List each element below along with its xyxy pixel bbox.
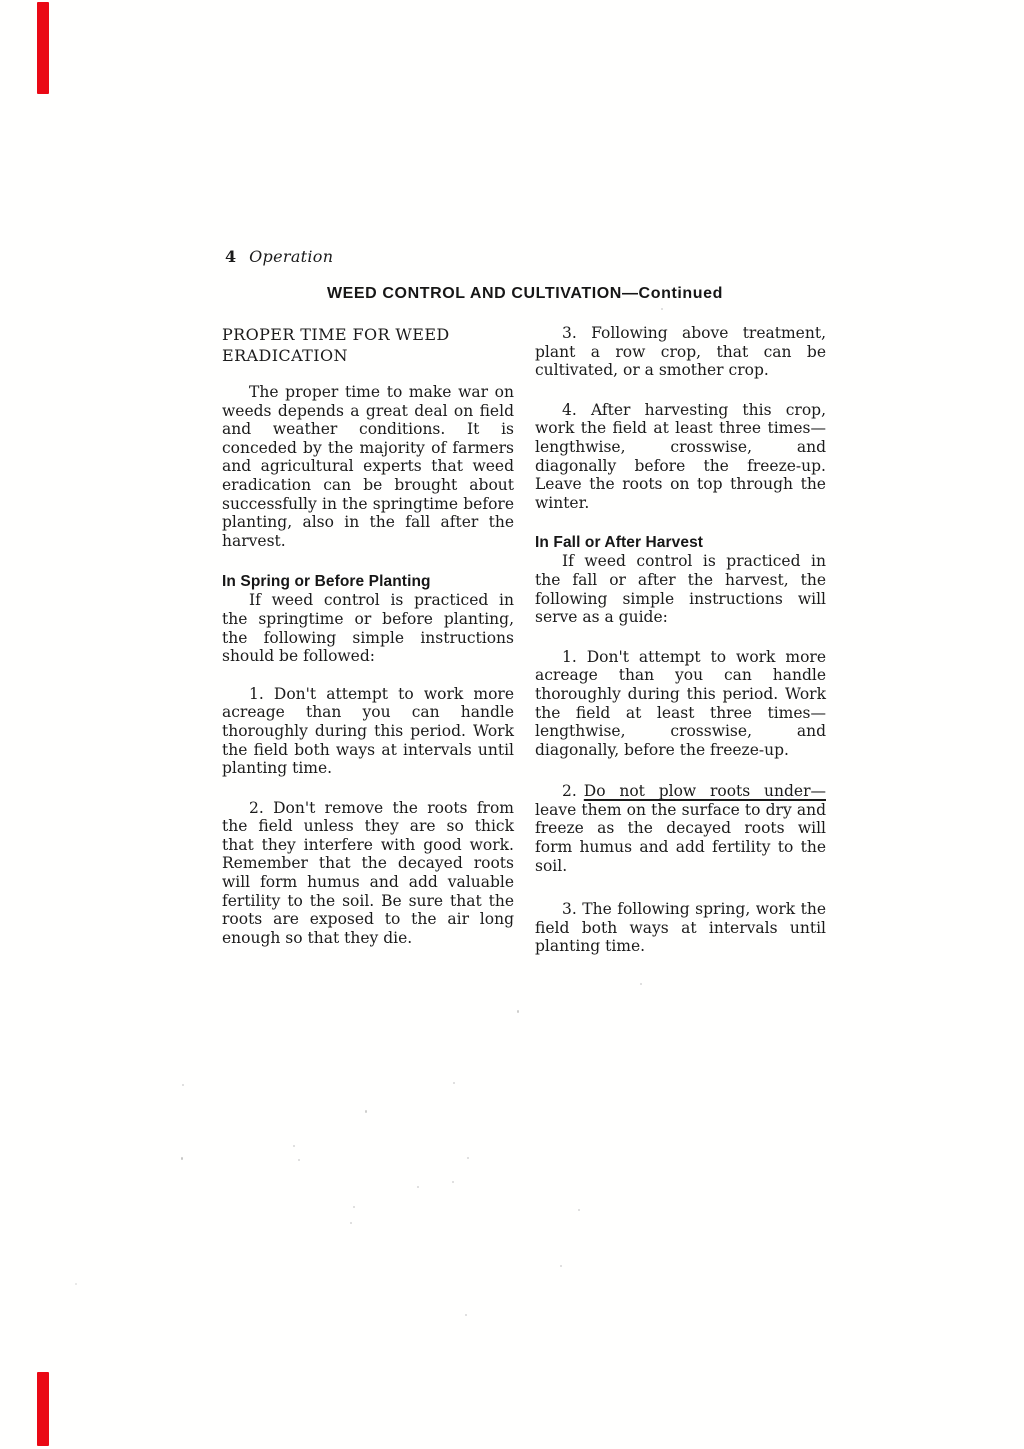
subheading-in-fall: In Fall or After Harvest xyxy=(535,533,826,552)
scanned-manual-page: 4Operation WEED CONTROL AND CULTIVATION—… xyxy=(0,0,1024,1449)
list-item-3: 3. Following above treatment, plant a ro… xyxy=(535,324,826,380)
running-header: 4Operation xyxy=(225,247,333,266)
paragraph-proper-time-intro: The proper time to make war on weeds dep… xyxy=(222,383,514,550)
two-column-layout: PROPER TIME FOR WEED ERADICATION The pro… xyxy=(222,324,826,956)
left-heading-line-1: PROPER TIME FOR WEED xyxy=(222,324,514,345)
left-heading-line-2: ERADICATION xyxy=(222,345,514,366)
list-item-fall-3: 3. The following spring, work the field … xyxy=(535,900,826,956)
page-number: 4 xyxy=(225,247,236,266)
section-title: WEED CONTROL AND CULTIVATION—Continued xyxy=(13,285,1024,303)
paragraph-fall-intro: If weed control is practiced in the fall… xyxy=(535,552,826,626)
list-item-4: 4. After harvesting this crop, work the … xyxy=(535,401,826,513)
list-item-spring-2: 2. Don't remove the roots from the field… xyxy=(222,799,514,948)
red-scan-mark-top xyxy=(37,2,49,94)
list-item-spring-1: 1. Don't attempt to work more acreage th… xyxy=(222,685,514,778)
running-title: Operation xyxy=(249,247,333,266)
list-item-fall-2-rest: leave them on the surface to dry and fre… xyxy=(535,801,826,875)
red-scan-mark-bottom xyxy=(37,1372,49,1446)
list-item-fall-1: 1. Don't attempt to work more acreage th… xyxy=(535,648,826,760)
paragraph-spring-intro: If weed control is practiced in the spri… xyxy=(222,591,514,665)
subheading-in-spring: In Spring or Before Planting xyxy=(222,572,514,591)
list-item-fall-2: 2.Do not plow roots under—leave them on … xyxy=(535,782,826,875)
underlined-phrase: Do not plow roots under— xyxy=(584,782,826,800)
column-right: 3. Following above treatment, plant a ro… xyxy=(535,324,826,956)
list-item-fall-2-number: 2. xyxy=(562,782,577,800)
left-column-heading: PROPER TIME FOR WEED ERADICATION xyxy=(222,324,514,366)
column-left: PROPER TIME FOR WEED ERADICATION The pro… xyxy=(222,324,514,956)
